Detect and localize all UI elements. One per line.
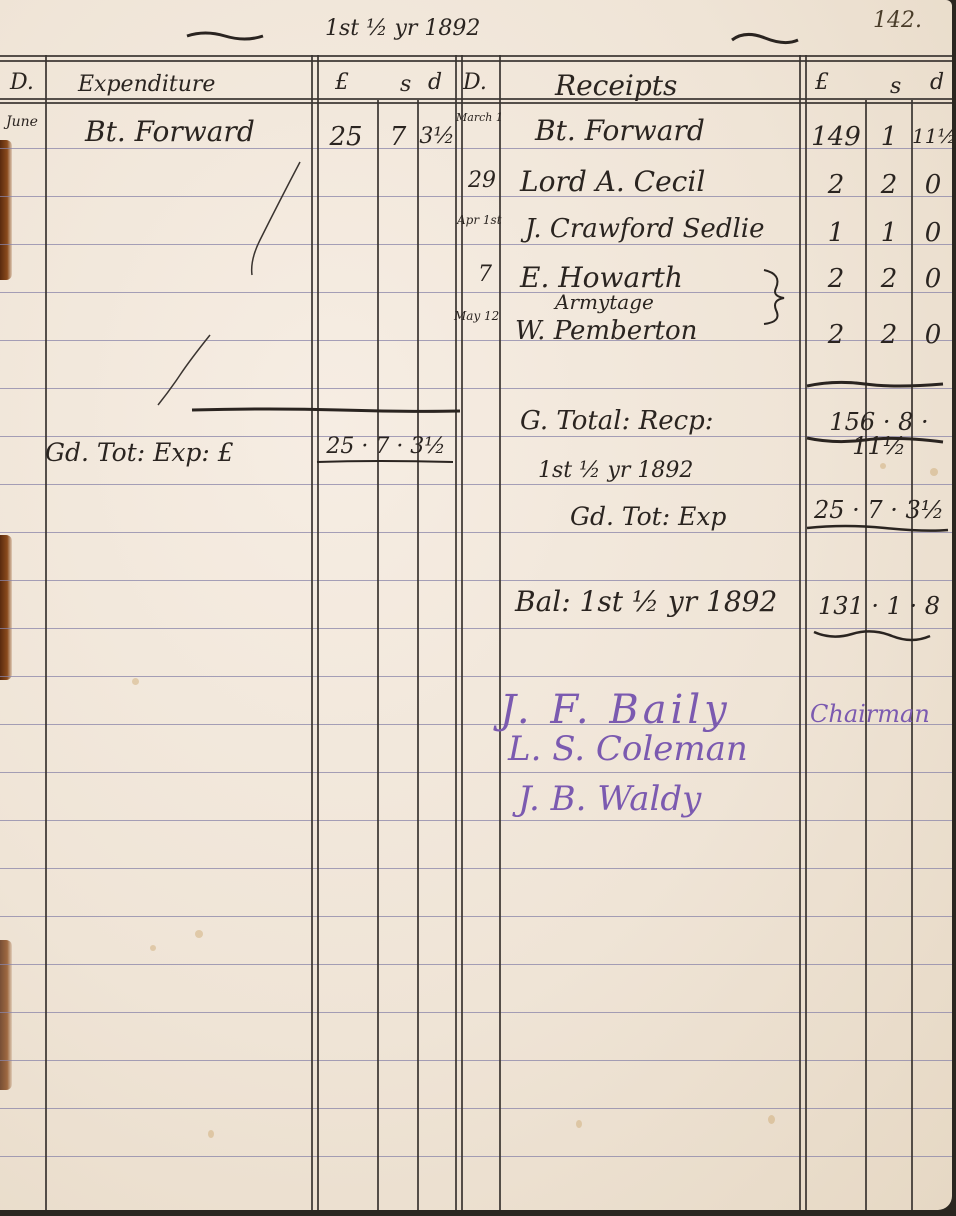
receipt-row-pounds: 149 <box>806 124 866 150</box>
expenditure-total-carried-amount: 25 · 7 · 3½ <box>803 498 952 522</box>
receipt-row-date: Apr 1st <box>457 214 502 226</box>
expenditure-total-amount: 25 · 7 · 3½ <box>316 436 456 458</box>
spine-stain <box>0 535 12 680</box>
signature-name: J. F. Baily <box>500 690 731 730</box>
column-rule <box>417 100 419 1210</box>
receipt-row-date: March 1 <box>456 112 503 123</box>
ruled-line <box>0 772 952 773</box>
ruled-line <box>0 628 952 629</box>
total-rule <box>190 405 462 415</box>
total-rule <box>805 522 950 534</box>
total-rule <box>805 434 945 446</box>
ruled-line <box>0 820 952 821</box>
expenditure-row-pounds: 25 <box>318 124 374 150</box>
receipts-date-header: D. <box>463 72 487 94</box>
foxing-spot <box>132 678 139 685</box>
receipt-row-shillings: 2 <box>866 172 912 198</box>
receipt-row-description: Bt. Forward <box>535 117 705 145</box>
column-rule <box>499 55 501 1210</box>
blank-stroke-icon <box>150 160 310 415</box>
double-underline <box>315 458 455 466</box>
receipt-row-pounds: 1 <box>806 220 866 246</box>
signature-name: L. S. Coleman <box>508 732 748 766</box>
expenditure-row-date: June <box>6 115 38 129</box>
receipt-row-pence: 0 <box>912 172 952 198</box>
expenditure-pence-header: d <box>428 72 442 94</box>
column-rule <box>377 100 379 1210</box>
period-label: 1st ½ yr 1892 <box>538 460 693 482</box>
foxing-spot <box>195 930 203 938</box>
receipt-row-pounds: 2 <box>806 322 866 348</box>
receipts-shillings-header: s <box>890 76 901 98</box>
expenditure-pounds-header: £ <box>335 72 349 94</box>
expenditure-row-shillings: 7 <box>378 124 418 150</box>
receipt-row-pounds: 2 <box>806 172 866 198</box>
balance-amount: 131 · 1 · 8 <box>803 594 952 618</box>
receipt-row-note: Armytage <box>555 292 654 312</box>
receipt-row-date: 7 <box>478 264 492 286</box>
column-rule <box>311 55 313 1210</box>
expenditure-row-description: Bt. Forward <box>85 118 255 146</box>
foxing-spot <box>930 468 938 476</box>
balance-label: Bal: 1st ½ yr 1892 <box>515 588 777 616</box>
signature-role: Chairman <box>810 702 930 726</box>
ledger-page: 1st ½ yr 1892 142. D. Expenditure £ s d … <box>0 0 952 1210</box>
receipts-pence-header: d <box>930 72 944 94</box>
receipt-row-pence: 0 <box>912 322 952 348</box>
expenditure-row-pence: 3½ <box>418 126 456 148</box>
spine-stain <box>0 940 12 1090</box>
foxing-spot <box>576 1120 582 1128</box>
receipts-total-label: G. Total: Recp: <box>520 408 714 434</box>
receipts-header: Receipts <box>555 72 677 100</box>
ruled-line <box>0 1156 952 1157</box>
ruled-line <box>0 484 952 485</box>
column-rule <box>461 55 463 1210</box>
ruled-line <box>0 1108 952 1109</box>
receipt-row-shillings: 1 <box>866 220 912 246</box>
receipt-row-pence: 0 <box>912 220 952 246</box>
expenditure-date-header: D. <box>10 72 34 94</box>
expenditure-header: Expenditure <box>78 74 215 96</box>
receipt-row-date: May 12 <box>454 310 499 322</box>
foxing-spot <box>768 1115 775 1124</box>
header-rule <box>0 98 952 100</box>
foxing-spot <box>208 1130 214 1138</box>
column-rule <box>799 55 801 1210</box>
column-rule <box>455 55 457 1210</box>
total-rule <box>812 628 932 642</box>
brace-icon <box>760 266 790 326</box>
ruled-line <box>0 292 952 293</box>
expenditure-total-carried-label: Gd. Tot: Exp <box>570 504 726 529</box>
receipt-row-shillings: 2 <box>866 266 912 292</box>
total-rule <box>805 378 945 390</box>
ruled-line <box>0 676 952 677</box>
receipts-pounds-header: £ <box>815 72 829 94</box>
top-rule <box>0 55 952 57</box>
receipt-row-pence: 11½ <box>912 126 952 146</box>
ruled-line <box>0 1012 952 1013</box>
ruled-line <box>0 964 952 965</box>
spine-stain <box>0 140 12 280</box>
ruled-line <box>0 1060 952 1061</box>
foxing-spot <box>880 463 886 469</box>
foxing-spot <box>150 945 156 951</box>
flourish-icon <box>185 28 265 44</box>
expenditure-shillings-header: s <box>400 74 411 96</box>
flourish-icon <box>730 30 800 46</box>
receipt-row-shillings: 1 <box>866 124 912 150</box>
ruled-line <box>0 916 952 917</box>
page-number: 142. <box>873 10 922 32</box>
column-rule <box>45 55 47 1210</box>
receipt-row-pence: 0 <box>912 266 952 292</box>
receipt-row-description: J. Crawford Sedlie <box>525 216 764 242</box>
header-rule <box>0 102 952 104</box>
receipt-row-shillings: 2 <box>866 322 912 348</box>
signature-name: J. B. Waldy <box>518 782 701 816</box>
receipt-row-pounds: 2 <box>806 266 866 292</box>
receipt-row-description: Lord A. Cecil <box>520 168 705 196</box>
expenditure-total-label: Gd. Tot: Exp: £ <box>45 440 234 465</box>
receipt-row-date: 29 <box>468 170 496 192</box>
ruled-line <box>0 868 952 869</box>
receipt-row-description: E. Howarth <box>520 264 683 292</box>
ruled-line <box>0 580 952 581</box>
page-heading: 1st ½ yr 1892 <box>325 18 480 40</box>
top-rule <box>0 60 952 62</box>
column-rule <box>317 55 319 1210</box>
receipt-row-description: W. Pemberton <box>515 318 697 344</box>
